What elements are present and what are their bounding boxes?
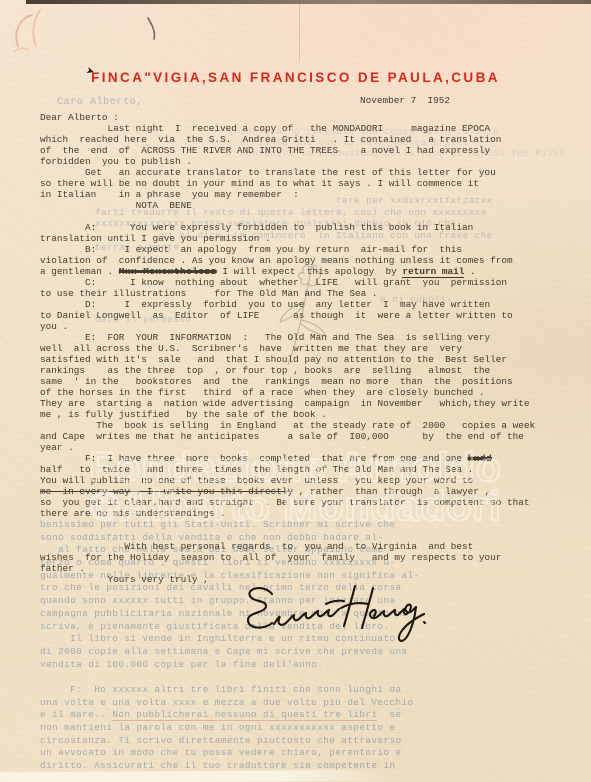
bleedthrough-line: non mantieni la parola con me in ogni xx…: [40, 722, 420, 735]
letter-line: so there will be no doubt in your mind a…: [40, 178, 580, 189]
watermark-line2: ©Alberto Mondadori: [0, 483, 591, 530]
date-text: November 7 I952: [360, 95, 450, 106]
letter-line: Get an accurate translator to translate …: [40, 167, 580, 178]
bleedthrough-line: vendita di 100.000 copie per la fine del…: [40, 659, 420, 672]
letter-line: and Cape writes me that he anticipates a…: [40, 431, 580, 442]
scanned-letter-page: ➤ FINCA"VIGIA,SAN FRANCISCO DE PAULA,CUB…: [0, 0, 591, 782]
letter-line: [40, 211, 580, 222]
letter-line: With best personal regards to you and to…: [40, 541, 580, 552]
letter-line: in Italian in a phrase you may remember …: [40, 189, 580, 200]
letter-line: They are starting a nation wide advertis…: [40, 398, 580, 409]
red-pencil-marks: [8, 2, 178, 58]
letter-line: Last night I received a copy of the MOND…: [40, 123, 580, 134]
letter-line: E: FOR YOUR INFORMATION : The Old Man an…: [40, 332, 580, 343]
letter-line: translation until I gave you permission …: [40, 233, 580, 244]
letter-line: well all across the U.S. Scribner's have…: [40, 343, 580, 354]
bleedthrough-line: circostanza. Ti scrivo direttamente piut…: [40, 735, 420, 748]
letter-line: [40, 530, 580, 541]
letter-line: me , is fully justified by the sale of t…: [40, 409, 580, 420]
hemingway-signature: Ernest Hemingway .: [238, 582, 428, 654]
letter-line: C: I know nothing about whether LIFE wil…: [40, 277, 580, 288]
letter-line: wishes for the Holiday season to all of …: [40, 552, 580, 563]
paper-fold-line: [299, 0, 300, 62]
scan-bottom-strip: [0, 770, 402, 782]
letter-line: satisfied with it's sale and that I shou…: [40, 354, 580, 365]
letterhead-text: FINCA"VIGIA,SAN FRANCISCO DE PAULA,CUBA: [0, 70, 591, 85]
letter-line: A: You were expressly forbidden to publi…: [40, 222, 580, 233]
letter-line: D: I expressly forbid you to use any let…: [40, 299, 580, 310]
letter-line: a gentleman . Mxx Mexexthelezz I will ex…: [40, 266, 580, 277]
letter-line: of the end of ACROSS THE RIVER AND INTO …: [40, 145, 580, 156]
letter-line: rankings as the three top , or four top …: [40, 365, 580, 376]
letter-line: The book is selling in England at the st…: [40, 420, 580, 431]
bleedthrough-line: un avvocato in modo che tu possa vedere …: [40, 747, 420, 760]
bleedthrough-line: una volta e una volta xxxx e mezza a due…: [40, 697, 420, 710]
bleedthrough-line: e il mare.. Non pubblicherai nessuno di …: [40, 709, 420, 722]
bleedthrough-fragment: e di pubbli-: [380, 294, 452, 305]
letter-line: father .: [40, 563, 580, 574]
bleedthrough-salutation: Caro Alberto,: [57, 97, 143, 108]
letter-line: same ' in the bookstores and the ranking…: [40, 376, 580, 387]
letter-line: to use their illustrations for The Old M…: [40, 288, 580, 299]
letter-line: B: I expect an apology from you by retur…: [40, 244, 580, 255]
letter-line: violation of confidence . As you know an…: [40, 255, 580, 266]
letter-line: Dear Alberto :: [40, 112, 580, 123]
bleedthrough-fragment: dato il permesso: [95, 314, 191, 325]
letter-line: of the horses in the first third of a ra…: [40, 387, 580, 398]
letter-line: NOTA BENE: [40, 200, 580, 211]
letter-line: forbidden you to publish .: [40, 156, 580, 167]
letter-line: which reached here via the S.S. Andrea G…: [40, 134, 580, 145]
bleedthrough-line: [40, 671, 420, 684]
bleedthrough-line: F: Ho xxxxxx altri tre libri finiti che …: [40, 684, 420, 697]
